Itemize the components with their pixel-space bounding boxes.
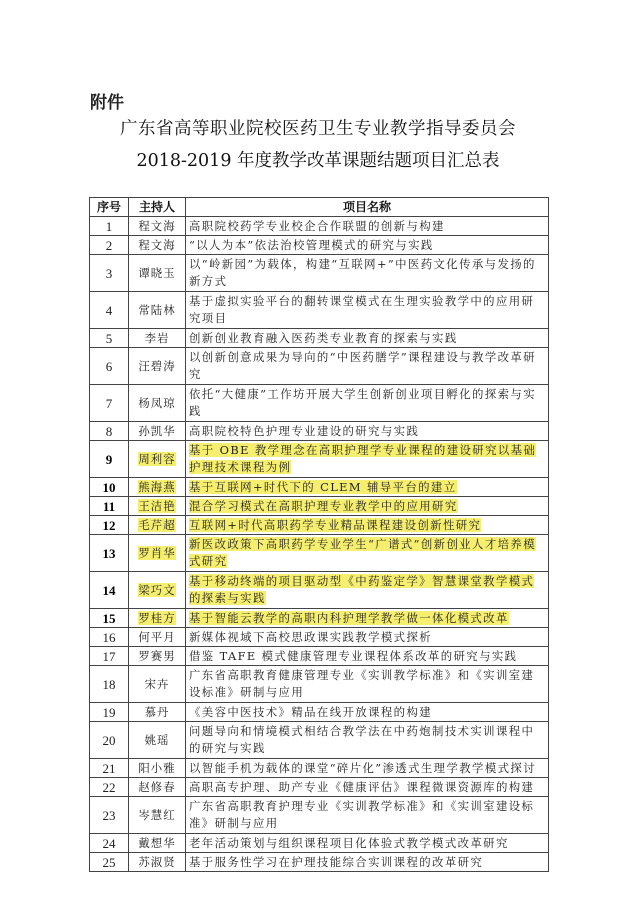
header-project-name: 项目名称 xyxy=(186,198,549,217)
cell-serial-number: 14 xyxy=(90,572,129,609)
cell-serial-number: 13 xyxy=(90,535,129,572)
cell-project-name: 基于移动终端的项目驱动型《中药鉴定学》智慧课堂教学模式的探索与实践 xyxy=(186,572,549,609)
highlight-mark: 罗肖华 xyxy=(138,546,175,560)
document-title-line1: 广东省高等职业院校医药卫生专业教学指导委员会 xyxy=(0,115,636,140)
cell-host: 赵修春 xyxy=(129,778,186,797)
cell-serial-number: 4 xyxy=(90,292,129,329)
table-header-row: 序号 主持人 项目名称 xyxy=(90,198,549,217)
highlight-mark: 新医改政策下高职药学专业学生“广谱式”创新创业人才培养模式研究 xyxy=(189,537,536,568)
cell-project-name: 广东省高职教育健康管理专业《实训教学标准》和《实训室建设标准》研制与应用 xyxy=(186,666,549,703)
cell-host: 罗桂方 xyxy=(129,609,186,628)
table-row: 10熊海燕基于互联网+时代下的 CLEM 辅导平台的建立 xyxy=(90,478,549,497)
highlight-mark: 毛芹超 xyxy=(138,518,175,532)
table-row: 6汪碧涛以创新创意成果为导向的“中医药膳学”课程建设与教学改革研究 xyxy=(90,348,549,385)
table-row: 18宋卉广东省高职教育健康管理专业《实训教学标准》和《实训室建设标准》研制与应用 xyxy=(90,666,549,703)
cell-host: 周利容 xyxy=(129,441,186,478)
cell-serial-number: 22 xyxy=(90,778,129,797)
table-row: 19慕丹《美容中医技术》精品在线开放课程的构建 xyxy=(90,703,549,722)
cell-serial-number: 23 xyxy=(90,797,129,834)
table-row: 21阳小雅以智能手机为载体的课堂“碎片化”渗透式生理学教学模式探讨 xyxy=(90,759,549,778)
cell-project-name: 创新创业教育融入医药类专业教育的探索与实践 xyxy=(186,329,549,348)
cell-serial-number: 17 xyxy=(90,647,129,666)
cell-serial-number: 11 xyxy=(90,497,129,516)
attachment-label: 附件 xyxy=(90,88,124,113)
cell-serial-number: 9 xyxy=(90,441,129,478)
cell-serial-number: 21 xyxy=(90,759,129,778)
project-summary-table: 序号 主持人 项目名称 1程文海高职院校药学专业校企合作联盟的创新与构建2程文海… xyxy=(89,197,549,872)
cell-project-name: 高职院校特色护理专业建设的研究与实践 xyxy=(186,422,549,441)
table-row: 23岑慧红广东省高职教育护理专业《实训教学标准》和《实训室建设标准》研制与应用 xyxy=(90,797,549,834)
cell-host: 王洁艳 xyxy=(129,497,186,516)
table-row: 9周利容基于 OBE 教学理念在高职护理学专业课程的建设研究以基础护理技术课程为… xyxy=(90,441,549,478)
cell-project-name: 以创新创意成果为导向的“中医药膳学”课程建设与教学改革研究 xyxy=(186,348,549,385)
cell-project-name: 高职高专护理、助产专业《健康评估》课程微课资源库的构建 xyxy=(186,778,549,797)
cell-project-name: 基于 OBE 教学理念在高职护理学专业课程的建设研究以基础护理技术课程为例 xyxy=(186,441,549,478)
cell-host: 孙凯华 xyxy=(129,422,186,441)
table-row: 15罗桂方基于智能云教学的高职内科护理学教学做一体化模式改革 xyxy=(90,609,549,628)
table-row: 8孙凯华高职院校特色护理专业建设的研究与实践 xyxy=(90,422,549,441)
cell-serial-number: 16 xyxy=(90,628,129,647)
header-host: 主持人 xyxy=(129,198,186,217)
cell-project-name: 新医改政策下高职药学专业学生“广谱式”创新创业人才培养模式研究 xyxy=(186,535,549,572)
cell-serial-number: 24 xyxy=(90,834,129,853)
cell-project-name: 《美容中医技术》精品在线开放课程的构建 xyxy=(186,703,549,722)
cell-host: 程文海 xyxy=(129,217,186,236)
cell-host: 杨凤琼 xyxy=(129,385,186,422)
cell-project-name: 借鉴 TAFE 模式健康管理专业课程体系改革的研究与实践 xyxy=(186,647,549,666)
cell-host: 慕丹 xyxy=(129,703,186,722)
cell-host: 戴想华 xyxy=(129,834,186,853)
cell-project-name: 以“岭新园”为载体，构建“互联网+”中医药文化传承与发扬的新方式 xyxy=(186,255,549,292)
cell-project-name: 老年活动策划与组织课程项目化体验式教学模式改革研究 xyxy=(186,834,549,853)
cell-project-name: 基于虚拟实验平台的翻转课堂模式在生理实验教学中的应用研究项目 xyxy=(186,292,549,329)
cell-serial-number: 3 xyxy=(90,255,129,292)
cell-host: 宋卉 xyxy=(129,666,186,703)
cell-host: 熊海燕 xyxy=(129,478,186,497)
highlight-mark: 罗桂方 xyxy=(138,611,175,625)
cell-host: 阳小雅 xyxy=(129,759,186,778)
highlight-mark: 王洁艳 xyxy=(138,499,175,513)
cell-host: 岑慧红 xyxy=(129,797,186,834)
table-row: 14梁巧文基于移动终端的项目驱动型《中药鉴定学》智慧课堂教学模式的探索与实践 xyxy=(90,572,549,609)
cell-project-name: 广东省高职教育护理专业《实训教学标准》和《实训室建设标准》研制与应用 xyxy=(186,797,549,834)
cell-project-name: 混合学习模式在高职护理专业教学中的应用研究 xyxy=(186,497,549,516)
cell-host: 常陆林 xyxy=(129,292,186,329)
cell-serial-number: 15 xyxy=(90,609,129,628)
table-row: 11王洁艳混合学习模式在高职护理专业教学中的应用研究 xyxy=(90,497,549,516)
header-serial-number: 序号 xyxy=(90,198,129,217)
cell-serial-number: 18 xyxy=(90,666,129,703)
cell-project-name: 以智能手机为载体的课堂“碎片化”渗透式生理学教学模式探讨 xyxy=(186,759,549,778)
table-row: 3谭晓玉以“岭新园”为载体，构建“互联网+”中医药文化传承与发扬的新方式 xyxy=(90,255,549,292)
cell-host: 谭晓玉 xyxy=(129,255,186,292)
cell-project-name: 高职院校药学专业校企合作联盟的创新与构建 xyxy=(186,217,549,236)
cell-project-name: 基于服务性学习在护理技能综合实训课程的改革研究 xyxy=(186,853,549,872)
table-row: 7杨凤琼依托“大健康”工作坊开展大学生创新创业项目孵化的探索与实践 xyxy=(90,385,549,422)
table-row: 24戴想华老年活动策划与组织课程项目化体验式教学模式改革研究 xyxy=(90,834,549,853)
highlight-mark: 熊海燕 xyxy=(138,480,175,494)
highlight-mark: 基于智能云教学的高职内科护理学教学做一体化模式改革 xyxy=(189,611,509,625)
cell-serial-number: 1 xyxy=(90,217,129,236)
document-title-line2: 2018-2019 年度教学改革课题结题项目汇总表 xyxy=(0,147,636,172)
cell-project-name: “以人为本”依法治校管理模式的研究与实践 xyxy=(186,236,549,255)
cell-host: 罗肖华 xyxy=(129,535,186,572)
table-row: 22赵修春高职高专护理、助产专业《健康评估》课程微课资源库的构建 xyxy=(90,778,549,797)
cell-host: 程文海 xyxy=(129,236,186,255)
cell-serial-number: 10 xyxy=(90,478,129,497)
cell-serial-number: 19 xyxy=(90,703,129,722)
cell-serial-number: 5 xyxy=(90,329,129,348)
table-body: 1程文海高职院校药学专业校企合作联盟的创新与构建2程文海“以人为本”依法治校管理… xyxy=(90,217,549,872)
table-row: 13罗肖华新医改政策下高职药学专业学生“广谱式”创新创业人才培养模式研究 xyxy=(90,535,549,572)
cell-serial-number: 7 xyxy=(90,385,129,422)
table-row: 17罗赛男借鉴 TAFE 模式健康管理专业课程体系改革的研究与实践 xyxy=(90,647,549,666)
highlight-mark: 基于互联网+时代下的 CLEM 辅导平台的建立 xyxy=(189,480,457,494)
cell-serial-number: 8 xyxy=(90,422,129,441)
highlight-mark: 混合学习模式在高职护理专业教学中的应用研究 xyxy=(189,499,458,513)
cell-host: 毛芹超 xyxy=(129,516,186,535)
cell-host: 姚瑶 xyxy=(129,722,186,759)
cell-host: 罗赛男 xyxy=(129,647,186,666)
table-row: 16何平月新媒体视域下高校思政课实践教学模式探析 xyxy=(90,628,549,647)
table-row: 4常陆林基于虚拟实验平台的翻转课堂模式在生理实验教学中的应用研究项目 xyxy=(90,292,549,329)
cell-serial-number: 25 xyxy=(90,853,129,872)
table-row: 20姚瑶问题导向和情境模式相结合教学法在中药炮制技术实训课程中的研究与实践 xyxy=(90,722,549,759)
cell-project-name: 基于互联网+时代下的 CLEM 辅导平台的建立 xyxy=(186,478,549,497)
cell-host: 何平月 xyxy=(129,628,186,647)
table-row: 12毛芹超互联网+时代高职药学专业精品课程建设创新性研究 xyxy=(90,516,549,535)
table-row: 1程文海高职院校药学专业校企合作联盟的创新与构建 xyxy=(90,217,549,236)
cell-project-name: 问题导向和情境模式相结合教学法在中药炮制技术实训课程中的研究与实践 xyxy=(186,722,549,759)
cell-host: 汪碧涛 xyxy=(129,348,186,385)
highlight-mark: 基于 OBE 教学理念在高职护理学专业课程的建设研究以基础护理技术课程为例 xyxy=(189,443,536,474)
cell-serial-number: 6 xyxy=(90,348,129,385)
table-row: 5李岩创新创业教育融入医药类专业教育的探索与实践 xyxy=(90,329,549,348)
cell-project-name: 新媒体视域下高校思政课实践教学模式探析 xyxy=(186,628,549,647)
highlight-mark: 梁巧文 xyxy=(138,583,175,597)
highlight-mark: 周利容 xyxy=(138,452,175,466)
cell-project-name: 互联网+时代高职药学专业精品课程建设创新性研究 xyxy=(186,516,549,535)
cell-project-name: 依托“大健康”工作坊开展大学生创新创业项目孵化的探索与实践 xyxy=(186,385,549,422)
cell-serial-number: 20 xyxy=(90,722,129,759)
cell-host: 苏淑贤 xyxy=(129,853,186,872)
table-row: 2程文海“以人为本”依法治校管理模式的研究与实践 xyxy=(90,236,549,255)
table-row: 25苏淑贤基于服务性学习在护理技能综合实训课程的改革研究 xyxy=(90,853,549,872)
highlight-mark: 基于移动终端的项目驱动型《中药鉴定学》智慧课堂教学模式的探索与实践 xyxy=(189,574,534,605)
cell-project-name: 基于智能云教学的高职内科护理学教学做一体化模式改革 xyxy=(186,609,549,628)
cell-serial-number: 2 xyxy=(90,236,129,255)
highlight-mark: 互联网+时代高职药学专业精品课程建设创新性研究 xyxy=(189,518,481,532)
cell-host: 李岩 xyxy=(129,329,186,348)
cell-host: 梁巧文 xyxy=(129,572,186,609)
cell-serial-number: 12 xyxy=(90,516,129,535)
